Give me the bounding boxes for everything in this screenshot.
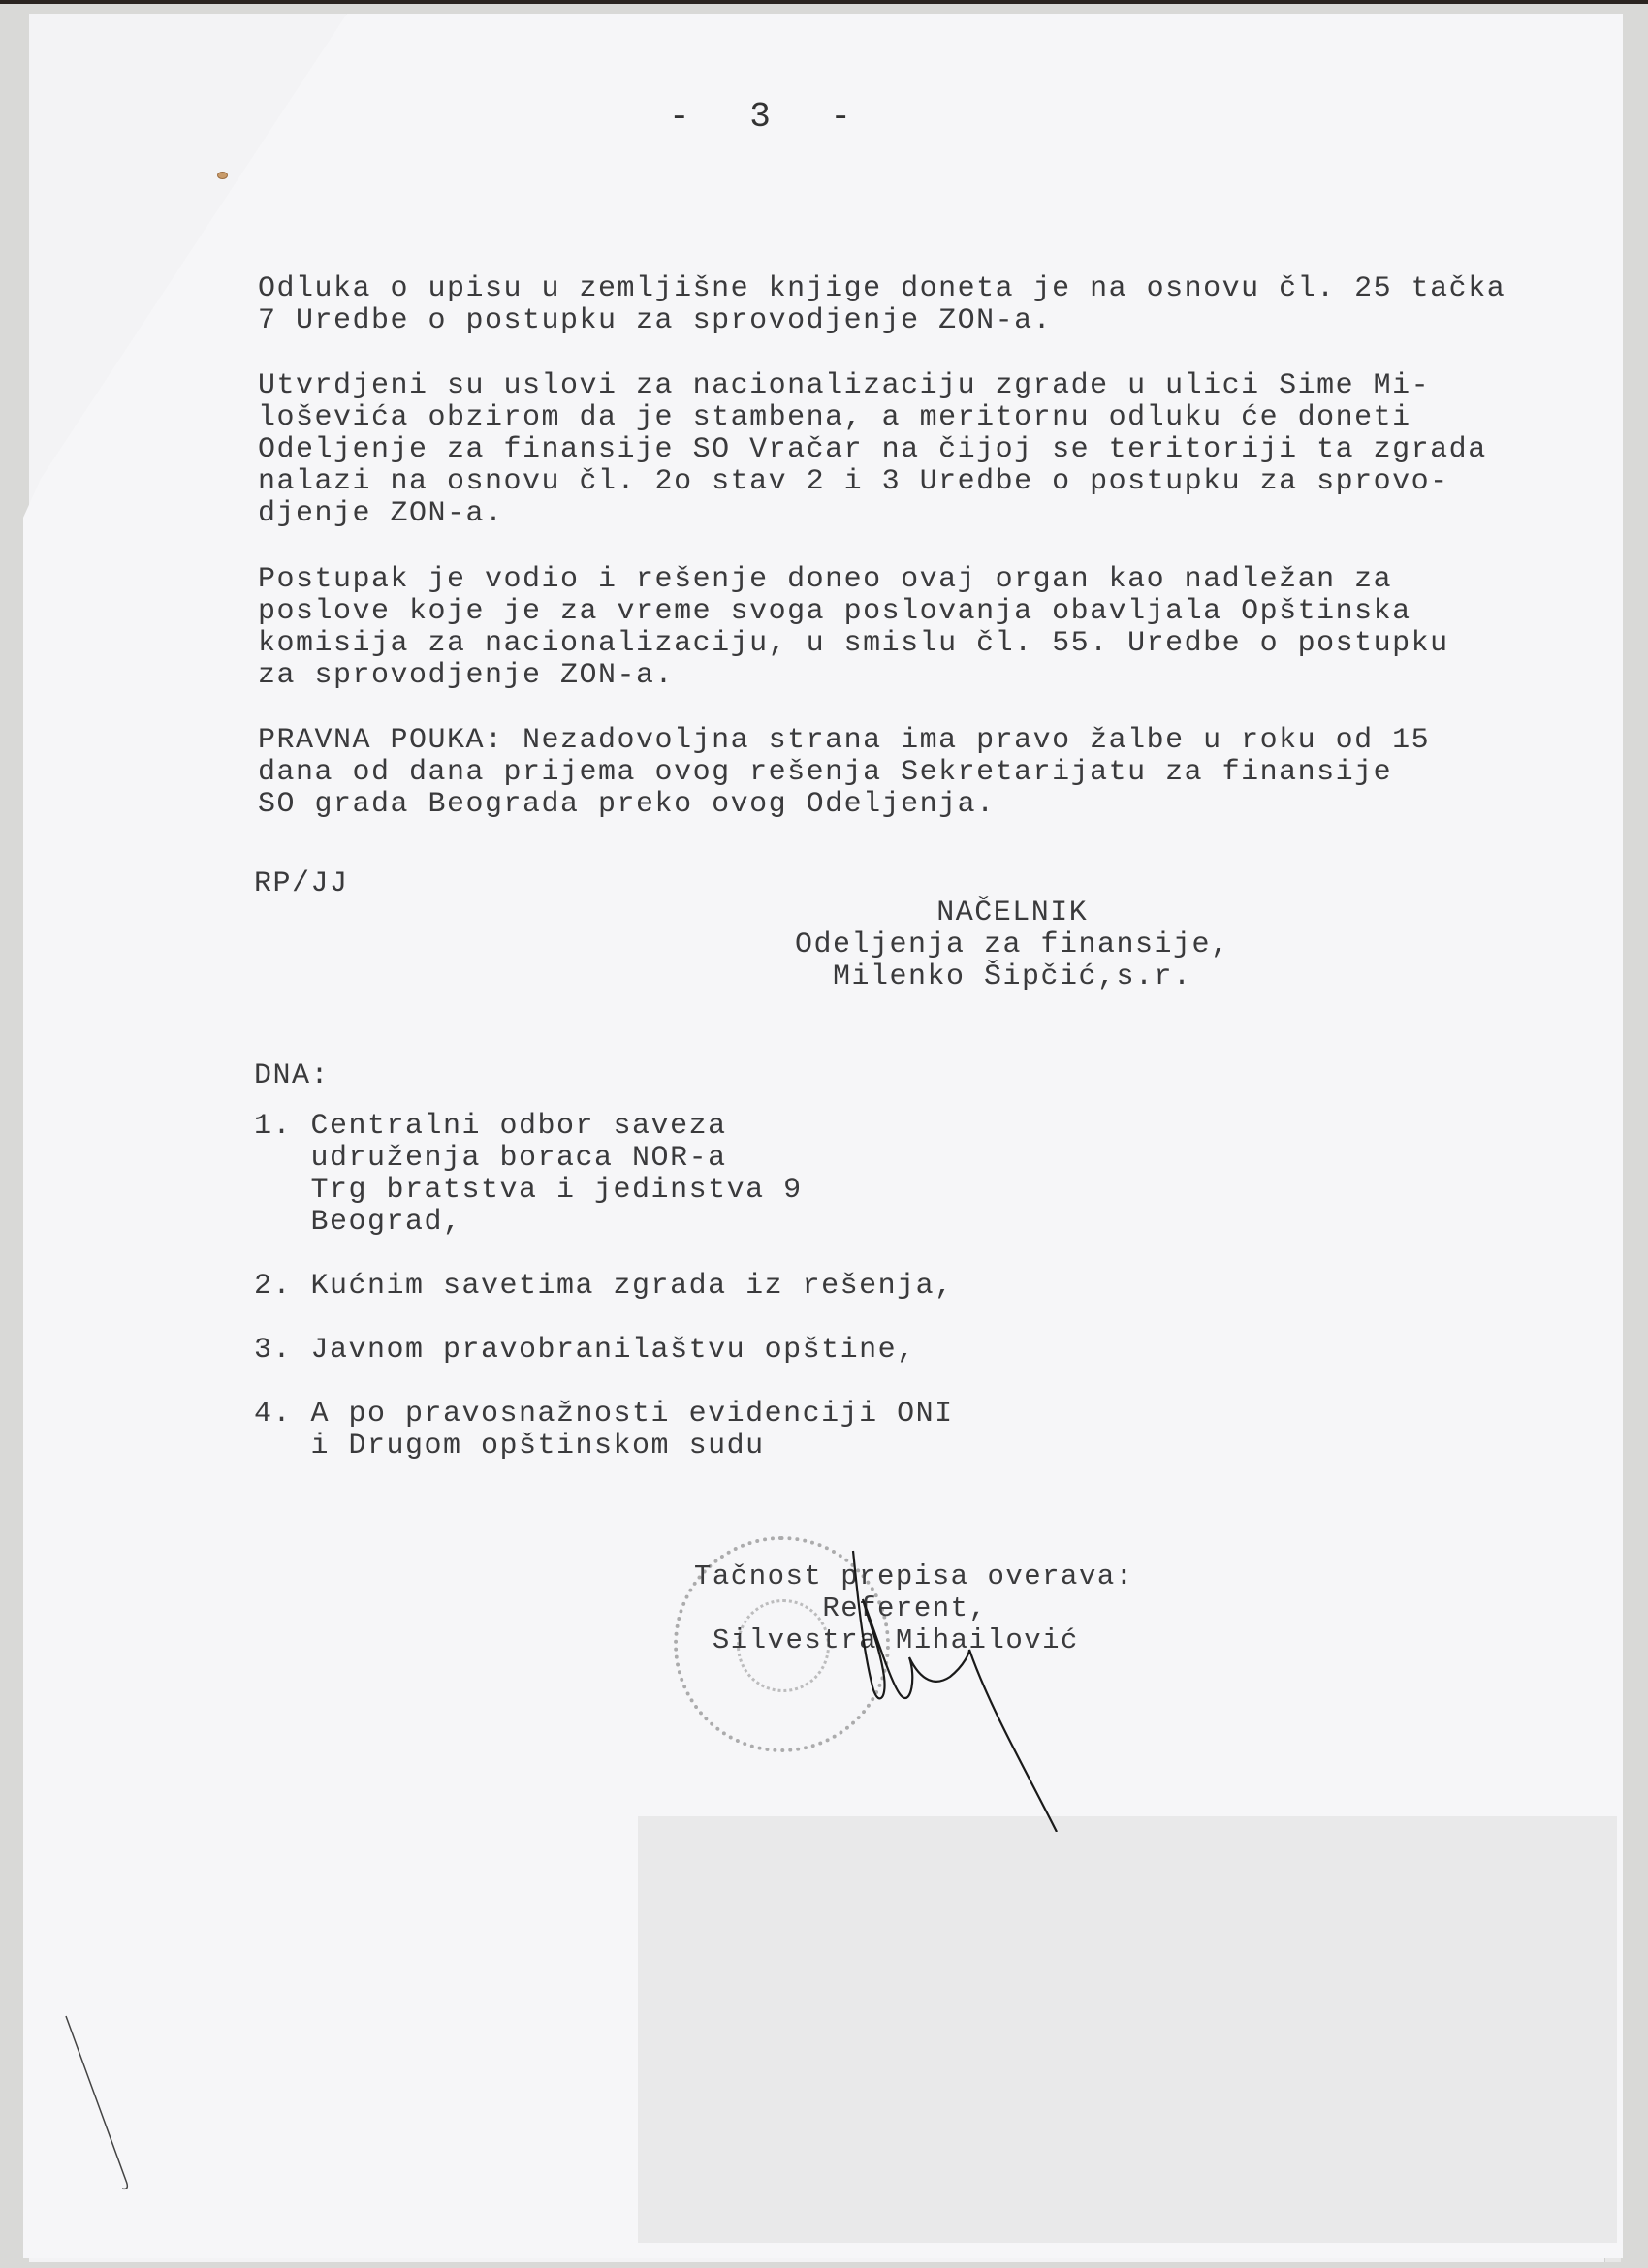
scan-border	[0, 0, 1648, 4]
reference-code: RP/JJ	[254, 868, 349, 900]
staple-mark	[217, 172, 228, 179]
corner-mark	[58, 2006, 136, 2200]
signatory-block: NAČELNIK Odeljenja za finansije, Milenko…	[795, 898, 1230, 993]
paragraph-nationalization-conditions: Utvrdjeni su uslovi za nacionalizaciju z…	[258, 370, 1487, 530]
bleed-through	[638, 1816, 1617, 2243]
distribution-label: DNA:	[254, 1060, 330, 1092]
paragraph-procedure: Postupak je vodio i rešenje doneo ovaj o…	[258, 564, 1449, 692]
paragraph-land-registry: Odluka o upisu u zemljišne knjige doneta…	[258, 273, 1505, 337]
distribution-list: 1. Centralni odbor saveza udruženja bora…	[254, 1111, 954, 1463]
page-number: - 3 -	[669, 97, 871, 137]
paragraph-legal-remedy: PRAVNA POUKA: Nezadovoljna strana ima pr…	[258, 725, 1430, 821]
handwritten-signature-icon	[834, 1541, 1105, 1832]
